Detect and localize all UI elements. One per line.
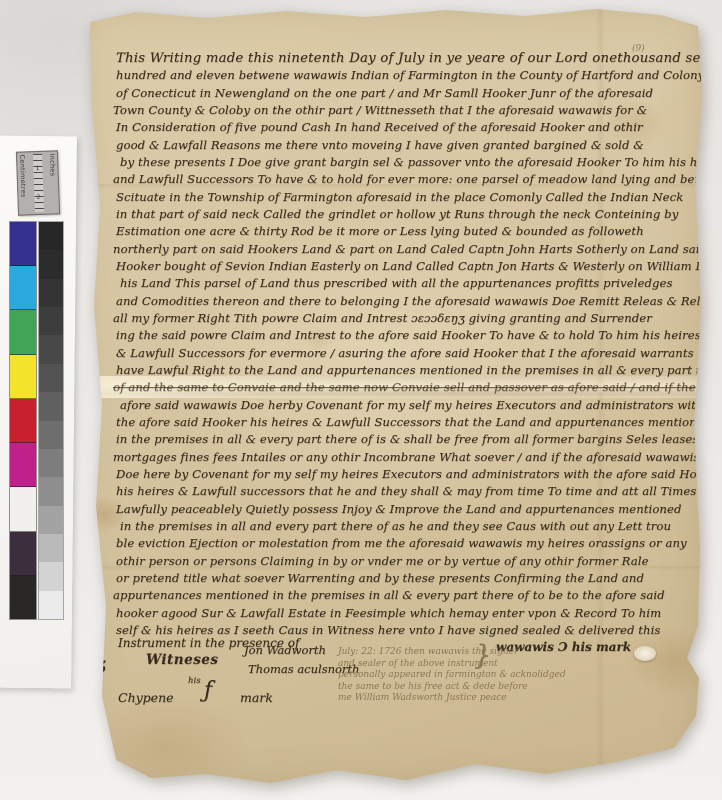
manuscript-line: in that part of said neck Called the gri… bbox=[116, 206, 694, 223]
manuscript-line: or pretend title what soever Warrenting … bbox=[116, 570, 694, 587]
acknowledgment-brace: } bbox=[474, 640, 491, 671]
grayscale-step bbox=[39, 534, 63, 562]
manuscript-line: othir person or persons Claiming in by o… bbox=[116, 553, 694, 570]
manuscript-line: Hooker bought of Sevion Indian Easterly … bbox=[116, 258, 694, 275]
seal-remnant bbox=[634, 646, 656, 661]
manuscript-line: ing the said powre Claim and Intrest to … bbox=[116, 327, 694, 344]
grayscale-step bbox=[39, 307, 63, 335]
manuscript-line: the afore said Hooker his heires & Lawfu… bbox=[116, 414, 694, 431]
acknowledgment-line: July: 22: 1726 then wawawis the signer bbox=[338, 647, 573, 659]
color-patch bbox=[10, 266, 36, 310]
manuscript-line: In Consideration of five pound Cash In h… bbox=[116, 119, 694, 136]
acknowledgment-line: personally appeared in farmington & ackn… bbox=[338, 670, 573, 682]
manuscript-line: and Lawfull Successors To have & to hold… bbox=[113, 171, 694, 188]
manuscript-line: & Lawfull Successors for evermore / asur… bbox=[116, 345, 694, 362]
color-patch bbox=[10, 576, 36, 619]
color-patch bbox=[10, 399, 36, 443]
manuscript-line: have Lawful Right to the Land and appurt… bbox=[116, 362, 694, 379]
manuscript-line: in the premises in all & every part ther… bbox=[116, 431, 694, 448]
manuscript-line: Town County & Coloby on the othir part /… bbox=[113, 102, 694, 119]
color-patch bbox=[10, 355, 36, 399]
manuscript-line: Lawfully peaceablely Quietly possess Inj… bbox=[116, 501, 694, 518]
color-patch-column bbox=[9, 221, 37, 620]
manuscript-line: mortgages fines fees Intailes or any oth… bbox=[113, 449, 694, 466]
manuscript-line: Scituate in the Township of Farmington a… bbox=[116, 189, 694, 206]
grayscale-step bbox=[39, 392, 63, 420]
grayscale-step bbox=[39, 335, 63, 363]
acknowledgment-line: me William Wadsworth Justice peace bbox=[338, 693, 573, 705]
color-patch bbox=[10, 310, 36, 354]
manuscript-line: of Conecticut in Newengland on the one p… bbox=[116, 85, 694, 102]
manuscript-line: hooker agood Sur & Lawfall Estate in Fee… bbox=[116, 605, 694, 622]
inches-label: Inches bbox=[47, 151, 59, 213]
manuscript-line: afore said wawawis Doe herby Covenant fo… bbox=[120, 397, 694, 414]
grayscale-step bbox=[39, 279, 63, 307]
manuscript-line: hundred and eleven betwene wawawis India… bbox=[116, 67, 694, 84]
ruler-tick-number: 2 bbox=[36, 194, 40, 201]
acknowledgment-note: July: 22: 1726 then wawawis the signeran… bbox=[338, 647, 573, 705]
manuscript-line: good & Lawfall Reasons me there vnto mov… bbox=[116, 137, 694, 154]
ruler-tick-number: 1 bbox=[35, 165, 39, 172]
color-patch bbox=[10, 222, 36, 266]
manuscript-line: ble eviction Ejection or molestation fro… bbox=[116, 535, 694, 552]
grayscale-step bbox=[39, 591, 63, 619]
grayscale-step bbox=[39, 477, 63, 505]
acknowledgment-line: the same to be his free act & dede befor… bbox=[338, 682, 573, 694]
color-patch bbox=[10, 532, 36, 576]
manuscript-line: in the premises in all and every part th… bbox=[120, 518, 694, 535]
his-label: his bbox=[188, 676, 201, 686]
manuscript-line: Doe here by Covenant for my self my heir… bbox=[116, 466, 694, 483]
manuscript-line: his heires & Lawfull successors that he … bbox=[116, 483, 694, 500]
centimetres-label: Centimetres bbox=[17, 152, 29, 214]
manuscript-line: and Comodities thereon and there to belo… bbox=[116, 293, 694, 310]
color-patch bbox=[10, 487, 36, 531]
chypene-mark-icon: ƒ bbox=[204, 678, 212, 703]
archival-photo: { "photo": { "background_color": "#ebe9e… bbox=[0, 0, 722, 800]
grayscale-step bbox=[39, 421, 63, 449]
witnesses-label: Witneses bbox=[146, 652, 218, 668]
grayscale-step bbox=[39, 449, 63, 477]
manuscript-line: This Writing made this ninetenth Day of … bbox=[116, 50, 694, 67]
grayscale-step bbox=[39, 250, 63, 278]
color-patch bbox=[10, 443, 36, 487]
grayscale-column bbox=[38, 221, 64, 620]
chypene-signature: Chypene bbox=[118, 690, 174, 705]
witness-signature-1: Jon Wadworth bbox=[244, 643, 326, 657]
manuscript-line: all my former Right Tith powre Claim and… bbox=[113, 310, 694, 327]
manuscript-line: appurtenances mentioned in the premises … bbox=[113, 587, 694, 604]
grayscale-step bbox=[39, 364, 63, 392]
manuscript-line: of and the same to Convaie and the same … bbox=[113, 379, 694, 396]
ruler-card: Centimetres 12 Inches bbox=[16, 150, 60, 215]
acknowledgment-line: and sealer of the above instrument bbox=[338, 659, 573, 671]
ruler-ticks: 12 bbox=[32, 154, 43, 212]
mark-label: mark bbox=[240, 690, 273, 705]
manuscript-paper: (9) This Writing made this ninetenth Day… bbox=[76, 6, 705, 792]
witness-flourish-icon: ʒ bbox=[96, 654, 105, 673]
manuscript-paper-wrapper: (9) This Writing made this ninetenth Day… bbox=[76, 6, 705, 792]
manuscript-line: Estimation one acre & thirty Rod be it m… bbox=[116, 223, 694, 240]
manuscript-line: northerly part on said Hookers Land & pa… bbox=[113, 241, 694, 258]
manuscript-line: his Land This parsel of Land thus prescr… bbox=[120, 275, 694, 292]
manuscript-text-block: This Writing made this ninetenth Day of … bbox=[116, 50, 694, 639]
manuscript-line: by these presents I Doe give grant bargi… bbox=[120, 154, 694, 171]
grayscale-step bbox=[39, 506, 63, 534]
grayscale-step bbox=[39, 222, 63, 250]
grayscale-step bbox=[39, 562, 63, 590]
